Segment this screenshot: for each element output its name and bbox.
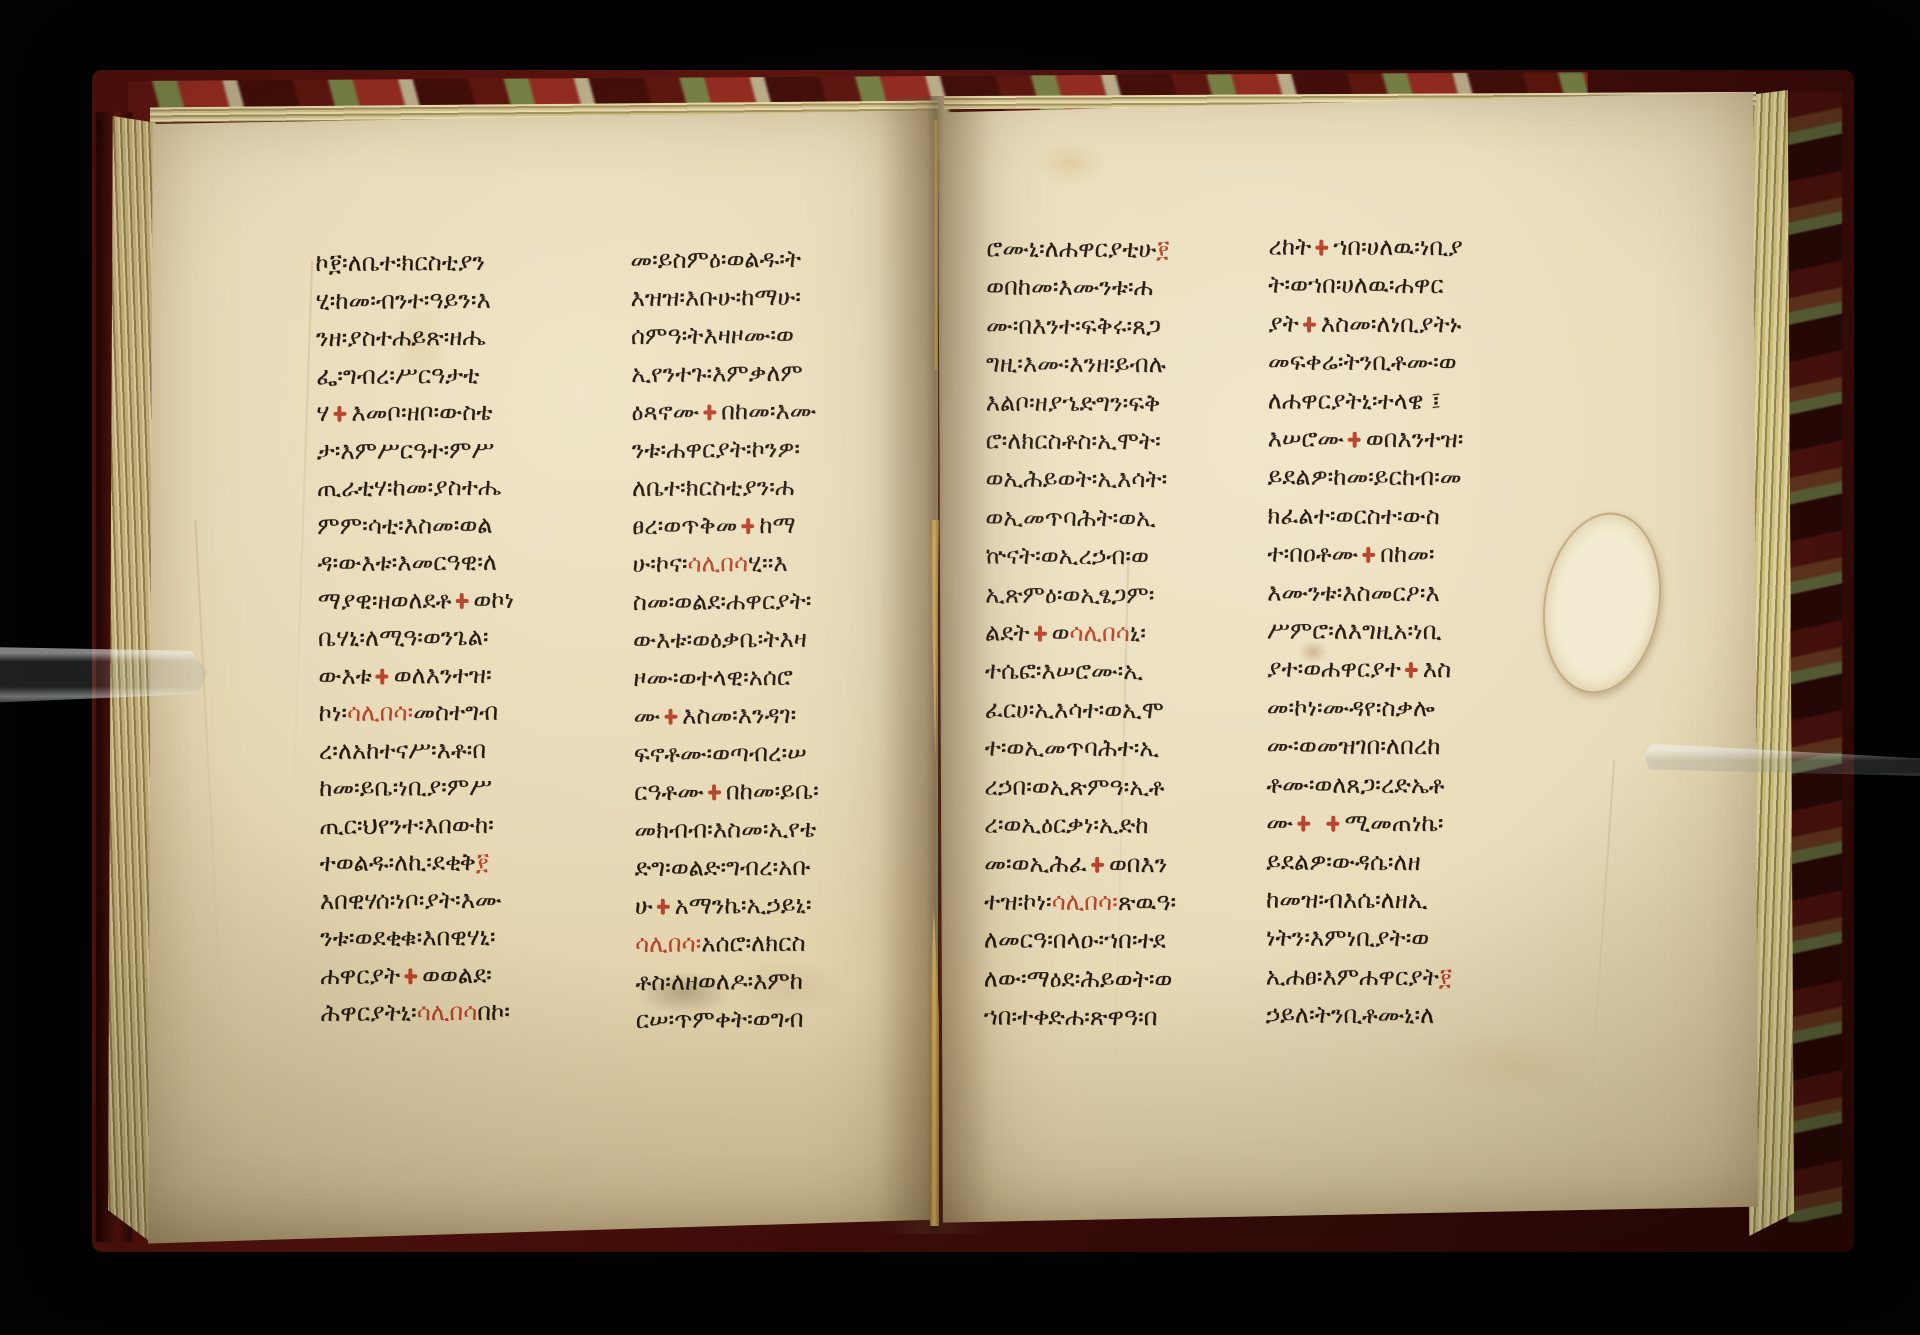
geez-ink-text: ኵናት፡ወኢረኃብ፡ወ	[985, 542, 1149, 571]
geez-ink-text: ጽዉዓ፡	[1118, 888, 1176, 916]
text-line: ሃእመቦ፡ዘቦ፡ውስቴ	[316, 393, 610, 433]
text-line: መክብብ፡እስመ፡ኢየቴ	[634, 809, 916, 849]
text-line: ፌ፡ግብረ፡ሥርዓታቲ	[316, 355, 610, 395]
geez-ink-text: ፈርሀ፡ኢእሳተ፡ወኢሞ	[985, 695, 1164, 724]
text-line: ተ፡ወኢመጥባሕተ፡ኢ	[985, 729, 1263, 768]
geez-ink-text: ጢራቲሃ፡ከመ፡ያስተሔ	[317, 473, 501, 502]
geez-ink-text: ኃይለ፡ትንቢቶሙኒ፡ለ	[1266, 1001, 1435, 1030]
text-line: ወኢመጥባሕት፡ወኢ	[985, 498, 1263, 537]
geez-ink-text: ሁ	[635, 892, 653, 920]
geez-ink-text: ረከት	[1268, 232, 1311, 260]
geez-ink-text: ቶስ፡ለዘወለዶ፡እምከ	[635, 967, 803, 996]
text-line: ይደልዎ፡ውዳሴ፡ለዘ	[1266, 842, 1558, 881]
rubricated-text: ሳሊበሳ፡	[635, 930, 701, 958]
text-line: ያትእስመ፡ለነቢያትኑ	[1268, 304, 1560, 343]
red-cross-divider-icon	[1315, 240, 1328, 256]
text-line: ረ፡ለአከተናሥ፡እቶ፡በ	[319, 730, 613, 770]
text-line: ቶስ፡ለዘወለዶ፡እምከ	[635, 961, 917, 1001]
text-line: ተወልዱ፡ለኪ፡ደቂቅ፻	[319, 843, 613, 883]
text-line: ነትን፡እምነቢያት፡ወ	[1266, 919, 1558, 958]
text-column-1: ኮ፻፡ለቤተ፡ክርስቲያንሂ፡ከመ፡ብንተ፡ዓይን፡እንዘ፡ያስተሐይጽ፡ዘሔፌ…	[315, 243, 614, 1033]
geez-ink-text: ለው፡ማዕደ፡ሕይወት፡ወ	[984, 964, 1173, 993]
text-line: ሰምዓ፡ትእዛዞሙ፡ወ	[631, 315, 913, 355]
red-cross-divider-icon	[657, 899, 670, 915]
geez-ink-text: ሚመጠነኬ፡	[1344, 809, 1443, 837]
geez-ink-text: ሙ፡ወመዝገበ፡ለበረከ	[1267, 732, 1441, 761]
text-line: ኮ፻፡ለቤተ፡ክርስቲያን	[315, 243, 609, 283]
geez-ink-text: ተዝ፡ኮነ፡	[984, 887, 1052, 915]
geez-ink-text: ለሐዋርያትኒ፡ተላዌ ፤	[1268, 386, 1441, 415]
red-cross-divider-icon	[1326, 816, 1339, 832]
text-line: ለሐዋርያትኒ፡ተላዌ ፤	[1268, 381, 1560, 420]
geez-ink-text: ያት	[1268, 309, 1299, 337]
geez-ink-text: ወኢመጥባሕት፡ወኢ	[985, 503, 1156, 532]
geez-ink-text: ኀበ፡ተቀድሐ፡ጽዋዓ፡በ	[984, 1003, 1158, 1032]
text-line: ቤሃኒ፡ለሚዓ፡ወንጌል፡	[318, 618, 612, 658]
geez-ink-text: ኢየንተጉ፡እምቃለም	[631, 359, 803, 388]
text-line: ከመ፡ይቤ፡ነቢያ፡ምሥ	[319, 768, 613, 808]
geez-ink-text: ሮ፡ለክርስቶስ፡ኢሞት፡	[986, 427, 1161, 456]
geez-ink-text: መክብብ፡እስመ፡ኢየቴ	[634, 815, 816, 844]
geez-ink-text: ወለእንተዝ፡	[394, 660, 492, 689]
text-line: ድግ፡ወልድ፡ግብረ፡አቡ	[634, 847, 916, 887]
geez-ink-text: ማያዊ፡ዘወለደቶ	[318, 586, 452, 615]
geez-ink-text: ከመ፡ይቤ፡ነቢያ፡ምሥ	[319, 773, 492, 802]
text-line: ሙእስመ፡እንዳገ፡	[633, 695, 915, 735]
red-cross-divider-icon	[333, 406, 346, 422]
geez-ink-text: ሙ	[1266, 809, 1293, 837]
geez-ink-text: ረ፡ለአከተናሥ፡እቶ፡በ	[319, 735, 486, 764]
geez-ink-text: ወበእን	[1109, 849, 1168, 877]
photo-scene: ኮ፻፡ለቤተ፡ክርስቲያንሂ፡ከመ፡ብንተ፡ዓይን፡እንዘ፡ያስተሐይጽ፡ዘሔፌ…	[0, 0, 1920, 1335]
geez-ink-text: ተሴፎ፡እሠሮሙ፡ኢ	[985, 657, 1143, 686]
geez-ink-text: መስተግብ	[413, 698, 498, 727]
text-line: ሐዋርያትወወልደ፡	[320, 955, 614, 995]
geez-ink-text: ለቤተ፡ክርስቲያን፡ሐ	[632, 473, 794, 502]
geez-ink-text: ለመርዓ፡በላዑ፡ኀበ፡ተደ	[984, 926, 1166, 955]
geez-ink-text: እበዊሃሰ፡ነቦ፡ያት፡እሙ	[320, 885, 502, 914]
text-line: መፍቀሬ፡ትንቢቶሙ፡ወ	[1268, 343, 1560, 382]
red-cross-divider-icon	[376, 668, 389, 684]
text-line: ልደትወሳሊበሳኒ፡	[985, 614, 1263, 653]
text-line: ለቤተ፡ክርስቲያን፡ሐ	[632, 467, 914, 507]
geez-ink-text: ድግ፡ወልድ፡ግብረ፡አቡ	[634, 853, 810, 882]
geez-ink-text: ሃ	[316, 399, 329, 427]
text-line: መ፡ወኢሕፈወበእን	[984, 844, 1262, 883]
red-cross-divider-icon	[708, 784, 721, 800]
text-line: ሙ፡በእንተ፡ፍቅሩ፡ጸጋ	[986, 306, 1264, 345]
text-line: እዝዝ፡እቡሁ፡ከማሁ፡	[630, 277, 912, 317]
text-line: ዕጻኖሙበከመ፡እሙ	[631, 391, 913, 431]
text-line: ፍኖቶሙ፡ወጣብረ፡ሠ	[634, 733, 916, 773]
text-line: ኢየንተጉ፡እምቃለም	[631, 353, 913, 393]
geez-ink-text: ዳ፡ውእቱ፡እመርዓዊ፡ለ	[317, 548, 497, 577]
geez-ink-text: ሐዋርያት	[320, 961, 400, 990]
geez-ink-text: እሠሮሙ	[1268, 425, 1344, 453]
text-line: ስመ፡ወልደ፡ሐዋርያት፡	[633, 581, 915, 621]
geez-ink-text: ሙ፡በእንተ፡ፍቅሩ፡ጸጋ	[986, 311, 1161, 340]
geez-ink-text: ሂ፡፡እ	[748, 549, 788, 577]
geez-ink-text: ከመዝ፡ብእሴ፡ለዘኢ	[1266, 885, 1428, 914]
geez-ink-text: እስ	[1423, 656, 1451, 684]
geez-ink-text: ሁ፡ኮና፡	[632, 550, 687, 578]
text-line: ዳ፡ውእቱ፡እመርዓዊ፡ለ	[317, 543, 611, 583]
text-line: ንዘ፡ያስተሐይጽ፡ዘሔ	[316, 318, 610, 358]
text-line: ተዝ፡ኮነ፡ሳሊበሳ፡ጽዉዓ፡	[984, 882, 1262, 921]
text-line: ምም፡ሳቲ፡እስመ፡ወል	[317, 505, 611, 545]
text-line: ኢሐፀ፡እምሐዋርያት፻	[1266, 957, 1558, 996]
geez-ink-text: ወኮነ	[473, 585, 514, 613]
geez-ink-text: ሕዋርያትኒ፡	[321, 998, 417, 1027]
red-cross-divider-icon	[1362, 547, 1375, 563]
red-cross-divider-icon	[1303, 316, 1316, 332]
text-line: ግዚ፡እሙ፡እንዘ፡ይብሉ	[986, 345, 1264, 384]
geez-ink-text: ሰምዓ፡ትእዛዞሙ፡ወ	[631, 321, 794, 350]
text-line: ሮ፡ለክርስቶስ፡ኢሞት፡	[986, 422, 1264, 461]
rubricated-text: ፻	[476, 848, 490, 876]
text-line: ውእቱወለእንተዝ፡	[318, 655, 612, 695]
geez-ink-text: ስመ፡ወልደ፡ሐዋርያት፡	[633, 587, 812, 616]
text-line: ያተ፡ወሐዋርያተእስ	[1267, 650, 1559, 689]
geez-ink-text: ንቱ፡ወደቂቁ፡እበዊሃኒ፡	[320, 923, 496, 952]
geez-ink-text: ረኃበ፡ወኢጽምዓ፡ኢቶ	[984, 772, 1164, 801]
red-cross-divider-icon	[1348, 432, 1361, 448]
text-line: ለው፡ማዕደ፡ሕይወት፡ወ	[984, 959, 1262, 998]
geez-ink-text: ክፈልተ፡ወርስተ፡ውስ	[1267, 501, 1439, 530]
geez-ink-text: ግዚ፡እሙ፡እንዘ፡ይብሉ	[986, 350, 1166, 379]
text-column-4: ረከትኀበ፡ሀለዉ፡ነቢያት፡ወኀበ፡ሀለዉ፡ሐዋርያትእስመ፡ለነቢያትኑመፍ…	[1266, 227, 1561, 1035]
geez-ink-text: ውእቱ	[318, 661, 372, 689]
red-cross-divider-icon	[664, 709, 677, 725]
geez-ink-text: እስመ፡ለነቢያትኑ	[1321, 309, 1462, 337]
red-cross-divider-icon	[455, 592, 468, 608]
text-column-2: መ፡ይስምዕ፡ወልዱ፡ትእዝዝ፡እቡሁ፡ከማሁ፡ሰምዓ፡ትእዛዞሙ፡ወኢየንተጉ…	[630, 239, 918, 1039]
text-line: ወኢሕይወት፡ኢእሳት፡	[985, 460, 1263, 499]
geez-ink-text: ቶሙ፡ወለጸጋ፡ረድኤቶ	[1266, 770, 1444, 799]
geez-ink-text: ወወልደ፡	[422, 960, 492, 988]
text-line: ተሴፎ፡እሠሮሙ፡ኢ	[985, 652, 1263, 691]
red-cross-divider-icon	[1033, 626, 1046, 642]
geez-ink-text: እሙንቱ፡እስመርዖ፡እ	[1267, 578, 1440, 607]
geez-ink-text: አሰሮ፡ለክርስ	[701, 929, 805, 958]
geez-ink-text: መፍቀሬ፡ትንቢቶሙ፡ወ	[1268, 348, 1457, 377]
geez-ink-text: ኮነ፡	[318, 699, 347, 727]
text-column-3: ሮሙኒ፡ለሐዋርያቲሁ፻ወበከመ፡እሙንቱ፡ሐሙ፡በእንተ፡ፍቅሩ፡ጸጋግዚ፡እ…	[984, 230, 1265, 1037]
text-line: ቶሙ፡ወለጸጋ፡ረድኤቶ	[1266, 765, 1558, 804]
text-line: ውእቱ፡ወዕቃቤ፡ትእዛ	[633, 619, 915, 659]
red-cross-divider-icon	[741, 518, 754, 534]
geez-ink-text: ተ፡ወኢመጥባሕተ፡ኢ	[985, 734, 1160, 763]
geez-ink-text: ውእቱ፡ወዕቃቤ፡ትእዛ	[633, 625, 807, 654]
red-cross-divider-icon	[1405, 662, 1418, 678]
cover-right-edge	[1788, 92, 1842, 1222]
text-line: ርዓቶሙበከመ፡ይቤ፡	[634, 771, 916, 811]
text-line: ዞሙ፡ወተላዊ፡አሰሮ	[633, 657, 915, 697]
geez-ink-text: ኮ፻፡ለቤተ፡ክርስቲያን	[315, 248, 485, 277]
geez-ink-text: ምም፡ሳቲ፡እስመ፡ወል	[317, 510, 492, 539]
text-line: ሂ፡ከመ፡ብንተ፡ዓይን፡እ	[316, 280, 610, 320]
geez-ink-text: ሮሙኒ፡ለሐዋርያቲሁ	[986, 235, 1156, 264]
geez-ink-text: ኢሐፀ፡እምሐዋርያት	[1266, 962, 1439, 991]
geez-ink-text: ረ፡ወኢዕርቃነ፡ኢድከ	[984, 811, 1148, 840]
geez-ink-text: ኀበ፡ሀለዉ፡ነቢያ	[1333, 233, 1463, 261]
geez-ink-text: በከመ፡እሙ	[721, 397, 816, 426]
geez-ink-text: ኒ፡	[1130, 619, 1146, 647]
text-line: ሁ፡ኮና፡ሳሊበሳሂ፡፡እ	[632, 543, 914, 583]
text-line: ሙ ሚመጠነኬ፡	[1266, 804, 1558, 843]
geez-ink-text: እስመ፡እንዳገ፡	[682, 701, 796, 730]
text-line: ጢር፡ህየንተ፡እበውከ፡	[319, 805, 613, 845]
rubricated-text: ሳሊበሳ	[687, 549, 748, 577]
geez-ink-text: ይደልዎ፡ከመ፡ይርከብ፡መ	[1267, 463, 1461, 492]
geez-ink-text: ሥምሮ፡ለእግዚአ፡ነቢ	[1267, 617, 1442, 646]
text-line: ክፈልተ፡ወርስተ፡ውስ	[1267, 496, 1559, 535]
text-line: እልቦ፡ዘያኄድግን፡ፍቅ	[986, 383, 1264, 422]
geez-ink-text: ይደልዎ፡ውዳሴ፡ለዘ	[1266, 847, 1420, 876]
geez-ink-text: እልቦ፡ዘያኄድግን፡ፍቅ	[986, 388, 1161, 417]
geez-ink-text: መ፡ይስምዕ፡ወልዱ፡ት	[630, 245, 801, 274]
geez-ink-text: ተወልዱ፡ለኪ፡ደቂቅ	[319, 848, 475, 877]
text-line: ኃይለ፡ትንቢቶሙኒ፡ለ	[1266, 996, 1558, 1035]
geez-ink-text: ንቱ፡ሐዋርያት፡ኮንዎ፡	[632, 435, 800, 464]
text-line: መ፡ኮነ፡ሙዳየ፡ስቃሎ	[1267, 688, 1559, 727]
geez-ink-text: ዕጻኖሙ	[631, 398, 699, 426]
text-line: ት፡ወኀበ፡ሀለዉ፡ሐዋር	[1268, 266, 1560, 305]
geez-ink-text: ሙ	[633, 702, 660, 730]
text-line: ፈርሀ፡ኢእሳተ፡ወኢሞ	[985, 690, 1263, 729]
red-cross-divider-icon	[1091, 856, 1104, 872]
geez-ink-text: ልደት	[985, 619, 1030, 647]
geez-ink-text: ያተ፡ወሐዋርያተ	[1267, 655, 1401, 683]
geez-ink-text: ነትን፡እምነቢያት፡ወ	[1266, 924, 1429, 953]
red-cross-divider-icon	[1297, 816, 1310, 832]
geez-ink-text: ዞሙ፡ወተላዊ፡አሰሮ	[633, 663, 793, 692]
text-line: ንቱ፡ወደቂቁ፡እበዊሃኒ፡	[320, 918, 614, 958]
text-line: ሁአማንኬ፡ኢኃይኒ፡	[635, 885, 917, 925]
text-line: ንቱ፡ሐዋርያት፡ኮንዎ፡	[632, 429, 914, 469]
text-line: እበዊሃሰ፡ነቦ፡ያት፡እሙ	[320, 880, 614, 920]
geez-ink-text: ርሠ፡ጥምቀት፡ወግብ	[636, 1005, 804, 1034]
rubricated-text: ሳሊበሳ፡	[347, 698, 413, 726]
geez-ink-text: ጢር፡ህየንተ፡እበውከ፡	[319, 810, 494, 839]
text-line: ኢጽምዕ፡ወኢፄጋም፡	[985, 575, 1263, 614]
text-line: ጢራቲሃ፡ከመ፡ያስተሔ	[317, 468, 611, 508]
geez-ink-text: መ፡ኮነ፡ሙዳየ፡ስቃሎ	[1267, 693, 1435, 722]
text-line: ሥምሮ፡ለእግዚአ፡ነቢ	[1267, 612, 1559, 651]
geez-ink-text: ፌ፡ግብረ፡ሥርዓታቲ	[316, 360, 479, 389]
text-line: እሙንቱ፡እስመርዖ፡እ	[1267, 573, 1559, 612]
text-line: ሮሙኒ፡ለሐዋርያቲሁ፻	[986, 230, 1264, 269]
geez-ink-text: ኢጽምዕ፡ወኢፄጋም፡	[985, 580, 1154, 609]
geez-ink-text: በኮ፡	[477, 998, 510, 1026]
geez-ink-text: በከመ፡	[1380, 540, 1434, 568]
text-line: ሙ፡ወመዝገበ፡ለበረከ	[1267, 727, 1559, 766]
text-line: ርሠ፡ጥምቀት፡ወግብ	[636, 999, 918, 1039]
geez-ink-text: ወኢሕይወት፡ኢእሳት፡	[985, 465, 1167, 494]
text-line: ለመርዓ፡በላዑ፡ኀበ፡ተደ	[984, 921, 1262, 960]
text-line: ሕዋርያትኒ፡ሳሊበሳበኮ፡	[320, 993, 614, 1033]
geez-ink-text: እዝዝ፡እቡሁ፡ከማሁ፡	[631, 283, 801, 312]
text-line: ይደልዎ፡ከመ፡ይርከብ፡መ	[1267, 458, 1559, 497]
rubricated-text: ሳሊበሳ	[417, 998, 478, 1026]
geez-ink-text: ወበእንተዝ፡	[1366, 425, 1464, 453]
geez-ink-text	[1315, 809, 1323, 837]
geez-ink-text: መ፡ወኢሕፈ	[984, 849, 1087, 877]
geez-ink-text: ተ፡በዐቶሙ	[1267, 540, 1358, 568]
geez-ink-text: ቤሃኒ፡ለሚዓ፡ወንጌል፡	[318, 623, 489, 652]
text-line: ሳሊበሳ፡አሰሮ፡ለክርስ	[635, 923, 917, 963]
geez-ink-text: ሂ፡ከመ፡ብንተ፡ዓይን፡እ	[316, 285, 491, 314]
geez-ink-text: ት፡ወኀበ፡ሀለዉ፡ሐዋር	[1268, 271, 1443, 300]
text-line: ከመዝ፡ብእሴ፡ለዘኢ	[1266, 880, 1558, 919]
geez-ink-text: አማንኬ፡ኢኃይኒ፡	[674, 891, 811, 920]
geez-ink-text: ፀረ፡ወጥቅመ	[632, 511, 737, 540]
geez-ink-text: ወ	[1051, 619, 1069, 647]
red-cross-divider-icon	[404, 968, 417, 984]
rubricated-text: ፻	[1439, 963, 1452, 991]
text-line: ኀበ፡ተቀድሐ፡ጽዋዓ፡በ	[984, 998, 1262, 1037]
red-cross-divider-icon	[703, 404, 716, 420]
text-line: ተ፡በዐቶሙበከመ፡	[1267, 535, 1559, 574]
geez-ink-text: በከመ፡ይቤ፡	[726, 777, 819, 806]
text-line: ወበከመ፡እሙንቱ፡ሐ	[986, 268, 1264, 307]
text-line: ረከትኀበ፡ሀለዉ፡ነቢያ	[1268, 227, 1560, 266]
text-line: ኮነ፡ሳሊበሳ፡መስተግብ	[318, 693, 612, 733]
geez-ink-text: ፍኖቶሙ፡ወጣብረ፡ሠ	[634, 739, 807, 768]
geez-ink-text: ንዘ፡ያስተሐይጽ፡ዘሔ	[316, 323, 486, 352]
text-line: ፀረ፡ወጥቅመከማ	[632, 505, 914, 545]
sewing-thread	[934, 120, 938, 370]
geez-ink-text: እመቦ፡ዘቦ፡ውስቴ	[351, 398, 492, 427]
rubricated-text: ፻	[1156, 235, 1169, 263]
rubricated-text: ሳሊበሳ፡	[1052, 888, 1118, 916]
text-line: ረኃበ፡ወኢጽምዓ፡ኢቶ	[984, 767, 1262, 806]
text-line: ማያዊ፡ዘወለደቶወኮነ	[318, 580, 612, 620]
text-line: ረ፡ወኢዕርቃነ፡ኢድከ	[984, 806, 1262, 845]
geez-ink-text: ታ፡እምሥርዓተ፡ምሥ	[317, 435, 495, 464]
rubricated-text: ሳሊበሳ	[1069, 619, 1130, 647]
geez-ink-text: ወበከመ፡እሙንቱ፡ሐ	[986, 273, 1153, 302]
text-line: መ፡ይስምዕ፡ወልዱ፡ት	[630, 239, 912, 279]
geez-ink-text: ከማ	[759, 511, 796, 539]
geez-ink-text: ርዓቶሙ	[634, 777, 704, 805]
text-line: ኵናት፡ወኢረኃብ፡ወ	[985, 537, 1263, 576]
text-line: ታ፡እምሥርዓተ፡ምሥ	[317, 430, 611, 470]
text-line: እሠሮሙወበእንተዝ፡	[1268, 420, 1560, 459]
